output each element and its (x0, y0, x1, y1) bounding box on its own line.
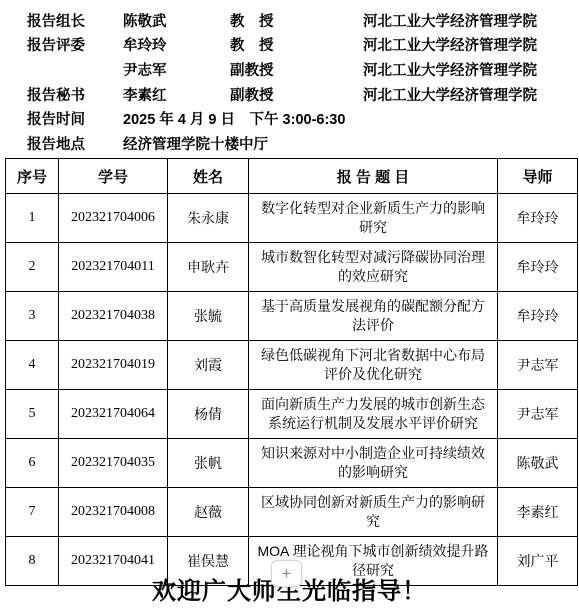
info-location-value: 经济管理学院十楼中厅 (123, 133, 268, 154)
info-label: 报告时间 (27, 108, 123, 129)
info-org: 河北工业大学经济管理学院 (363, 10, 537, 31)
info-time-value: 2025 年 4 月 9 日 下午 3:00-6:30 (123, 108, 345, 129)
info-label: 报告秘书 (27, 84, 123, 105)
table-row: 1202321704006朱永康数字化转型对企业新质生产力的影响研究牟玲玲 (6, 194, 578, 243)
info-org: 河北工业大学经济管理学院 (363, 34, 537, 55)
info-row-judge-2: 尹志军 副教授 河北工业大学经济管理学院 (27, 57, 537, 82)
report-info: 报告组长 陈敬武 教 授 河北工业大学经济管理学院 报告评委 牟玲玲 教 授 河… (27, 8, 537, 156)
table-row: 7202321704008赵薇区域协同创新对新质生产力的影响研究李素红 (6, 488, 578, 537)
cell-student-id: 202321704006 (59, 194, 168, 243)
cell-advisor: 牟玲玲 (498, 292, 578, 341)
cell-advisor: 牟玲玲 (498, 194, 578, 243)
info-person-name: 尹志军 (123, 59, 230, 80)
info-row-judge-1: 报告评委 牟玲玲 教 授 河北工业大学经济管理学院 (27, 33, 537, 58)
cell-seq: 5 (6, 390, 59, 439)
info-row-location: 报告地点 经济管理学院十楼中厅 (27, 131, 537, 156)
info-row-time: 报告时间 2025 年 4 月 9 日 下午 3:00-6:30 (27, 106, 537, 131)
table-row: 6202321704035张帆知识来源对中小制造企业可持续绩效的影响研究陈敬武 (6, 439, 578, 488)
header-report-title: 报 告 题 目 (249, 159, 498, 194)
cell-name: 张毓 (168, 292, 249, 341)
info-label: 报告评委 (27, 34, 123, 55)
cell-advisor: 牟玲玲 (498, 243, 578, 292)
cell-report-title: 城市数智化转型对减污降碳协同治理的效应研究 (249, 243, 498, 292)
cell-report-title: 绿色低碳视角下河北省数据中心布局评价及优化研究 (249, 341, 498, 390)
info-row-secretary: 报告秘书 李素红 副教授 河北工业大学经济管理学院 (27, 82, 537, 107)
cell-report-title: 数字化转型对企业新质生产力的影响研究 (249, 194, 498, 243)
header-advisor: 导师 (498, 159, 578, 194)
info-label: 报告地点 (27, 133, 123, 154)
info-person-title: 教 授 (230, 34, 363, 55)
cell-student-id: 202321704008 (59, 488, 168, 537)
cell-advisor: 陈敬武 (498, 439, 578, 488)
cell-report-title: 区域协同创新对新质生产力的影响研究 (249, 488, 498, 537)
cell-seq: 2 (6, 243, 59, 292)
table-row: 5202321704064杨倩面向新质生产力发展的城市创新生态系统运行机制及发展… (6, 390, 578, 439)
cell-name: 申耿卉 (168, 243, 249, 292)
cell-name: 赵薇 (168, 488, 249, 537)
cell-seq: 4 (6, 341, 59, 390)
cell-advisor: 李素红 (498, 488, 578, 537)
plus-button[interactable]: + (271, 560, 302, 587)
info-org: 河北工业大学经济管理学院 (363, 59, 537, 80)
cell-name: 朱永康 (168, 194, 249, 243)
cell-seq: 3 (6, 292, 59, 341)
cell-name: 杨倩 (168, 390, 249, 439)
header-name: 姓名 (168, 159, 249, 194)
info-person-title: 教 授 (230, 10, 363, 31)
info-row-leader: 报告组长 陈敬武 教 授 河北工业大学经济管理学院 (27, 8, 537, 33)
info-person-title: 副教授 (230, 84, 363, 105)
table-row: 2202321704011申耿卉城市数智化转型对减污降碳协同治理的效应研究牟玲玲 (6, 243, 578, 292)
info-person-name: 牟玲玲 (123, 34, 230, 55)
table-header-row: 序号 学号 姓名 报 告 题 目 导师 (6, 159, 578, 194)
info-label: 报告组长 (27, 10, 123, 31)
cell-seq: 7 (6, 488, 59, 537)
info-person-name: 陈敬武 (123, 10, 230, 31)
header-student-id: 学号 (59, 159, 168, 194)
report-schedule-table: 序号 学号 姓名 报 告 题 目 导师 1202321704006朱永康数字化转… (5, 158, 578, 586)
table-row: 3202321704038张毓基于高质量发展视角的碳配额分配方法评价牟玲玲 (6, 292, 578, 341)
info-person-title: 副教授 (230, 59, 363, 80)
info-org: 河北工业大学经济管理学院 (363, 84, 537, 105)
cell-advisor: 尹志军 (498, 341, 578, 390)
document-page: 报告组长 陈敬武 教 授 河北工业大学经济管理学院 报告评委 牟玲玲 教 授 河… (0, 0, 579, 616)
cell-report-title: 面向新质生产力发展的城市创新生态系统运行机制及发展水平评价研究 (249, 390, 498, 439)
cell-name: 刘霞 (168, 341, 249, 390)
cell-seq: 6 (6, 439, 59, 488)
cell-report-title: 知识来源对中小制造企业可持续绩效的影响研究 (249, 439, 498, 488)
cell-student-id: 202321704035 (59, 439, 168, 488)
info-person-name: 李素红 (123, 84, 230, 105)
table-row: 4202321704019刘霞绿色低碳视角下河北省数据中心布局评价及优化研究尹志… (6, 341, 578, 390)
cell-report-title: 基于高质量发展视角的碳配额分配方法评价 (249, 292, 498, 341)
report-table-body: 1202321704006朱永康数字化转型对企业新质生产力的影响研究牟玲玲220… (6, 194, 578, 586)
cell-student-id: 202321704011 (59, 243, 168, 292)
cell-student-id: 202321704064 (59, 390, 168, 439)
cell-seq: 1 (6, 194, 59, 243)
cell-advisor: 尹志军 (498, 390, 578, 439)
cell-name: 张帆 (168, 439, 249, 488)
cell-student-id: 202321704019 (59, 341, 168, 390)
cell-student-id: 202321704038 (59, 292, 168, 341)
header-seq: 序号 (6, 159, 59, 194)
